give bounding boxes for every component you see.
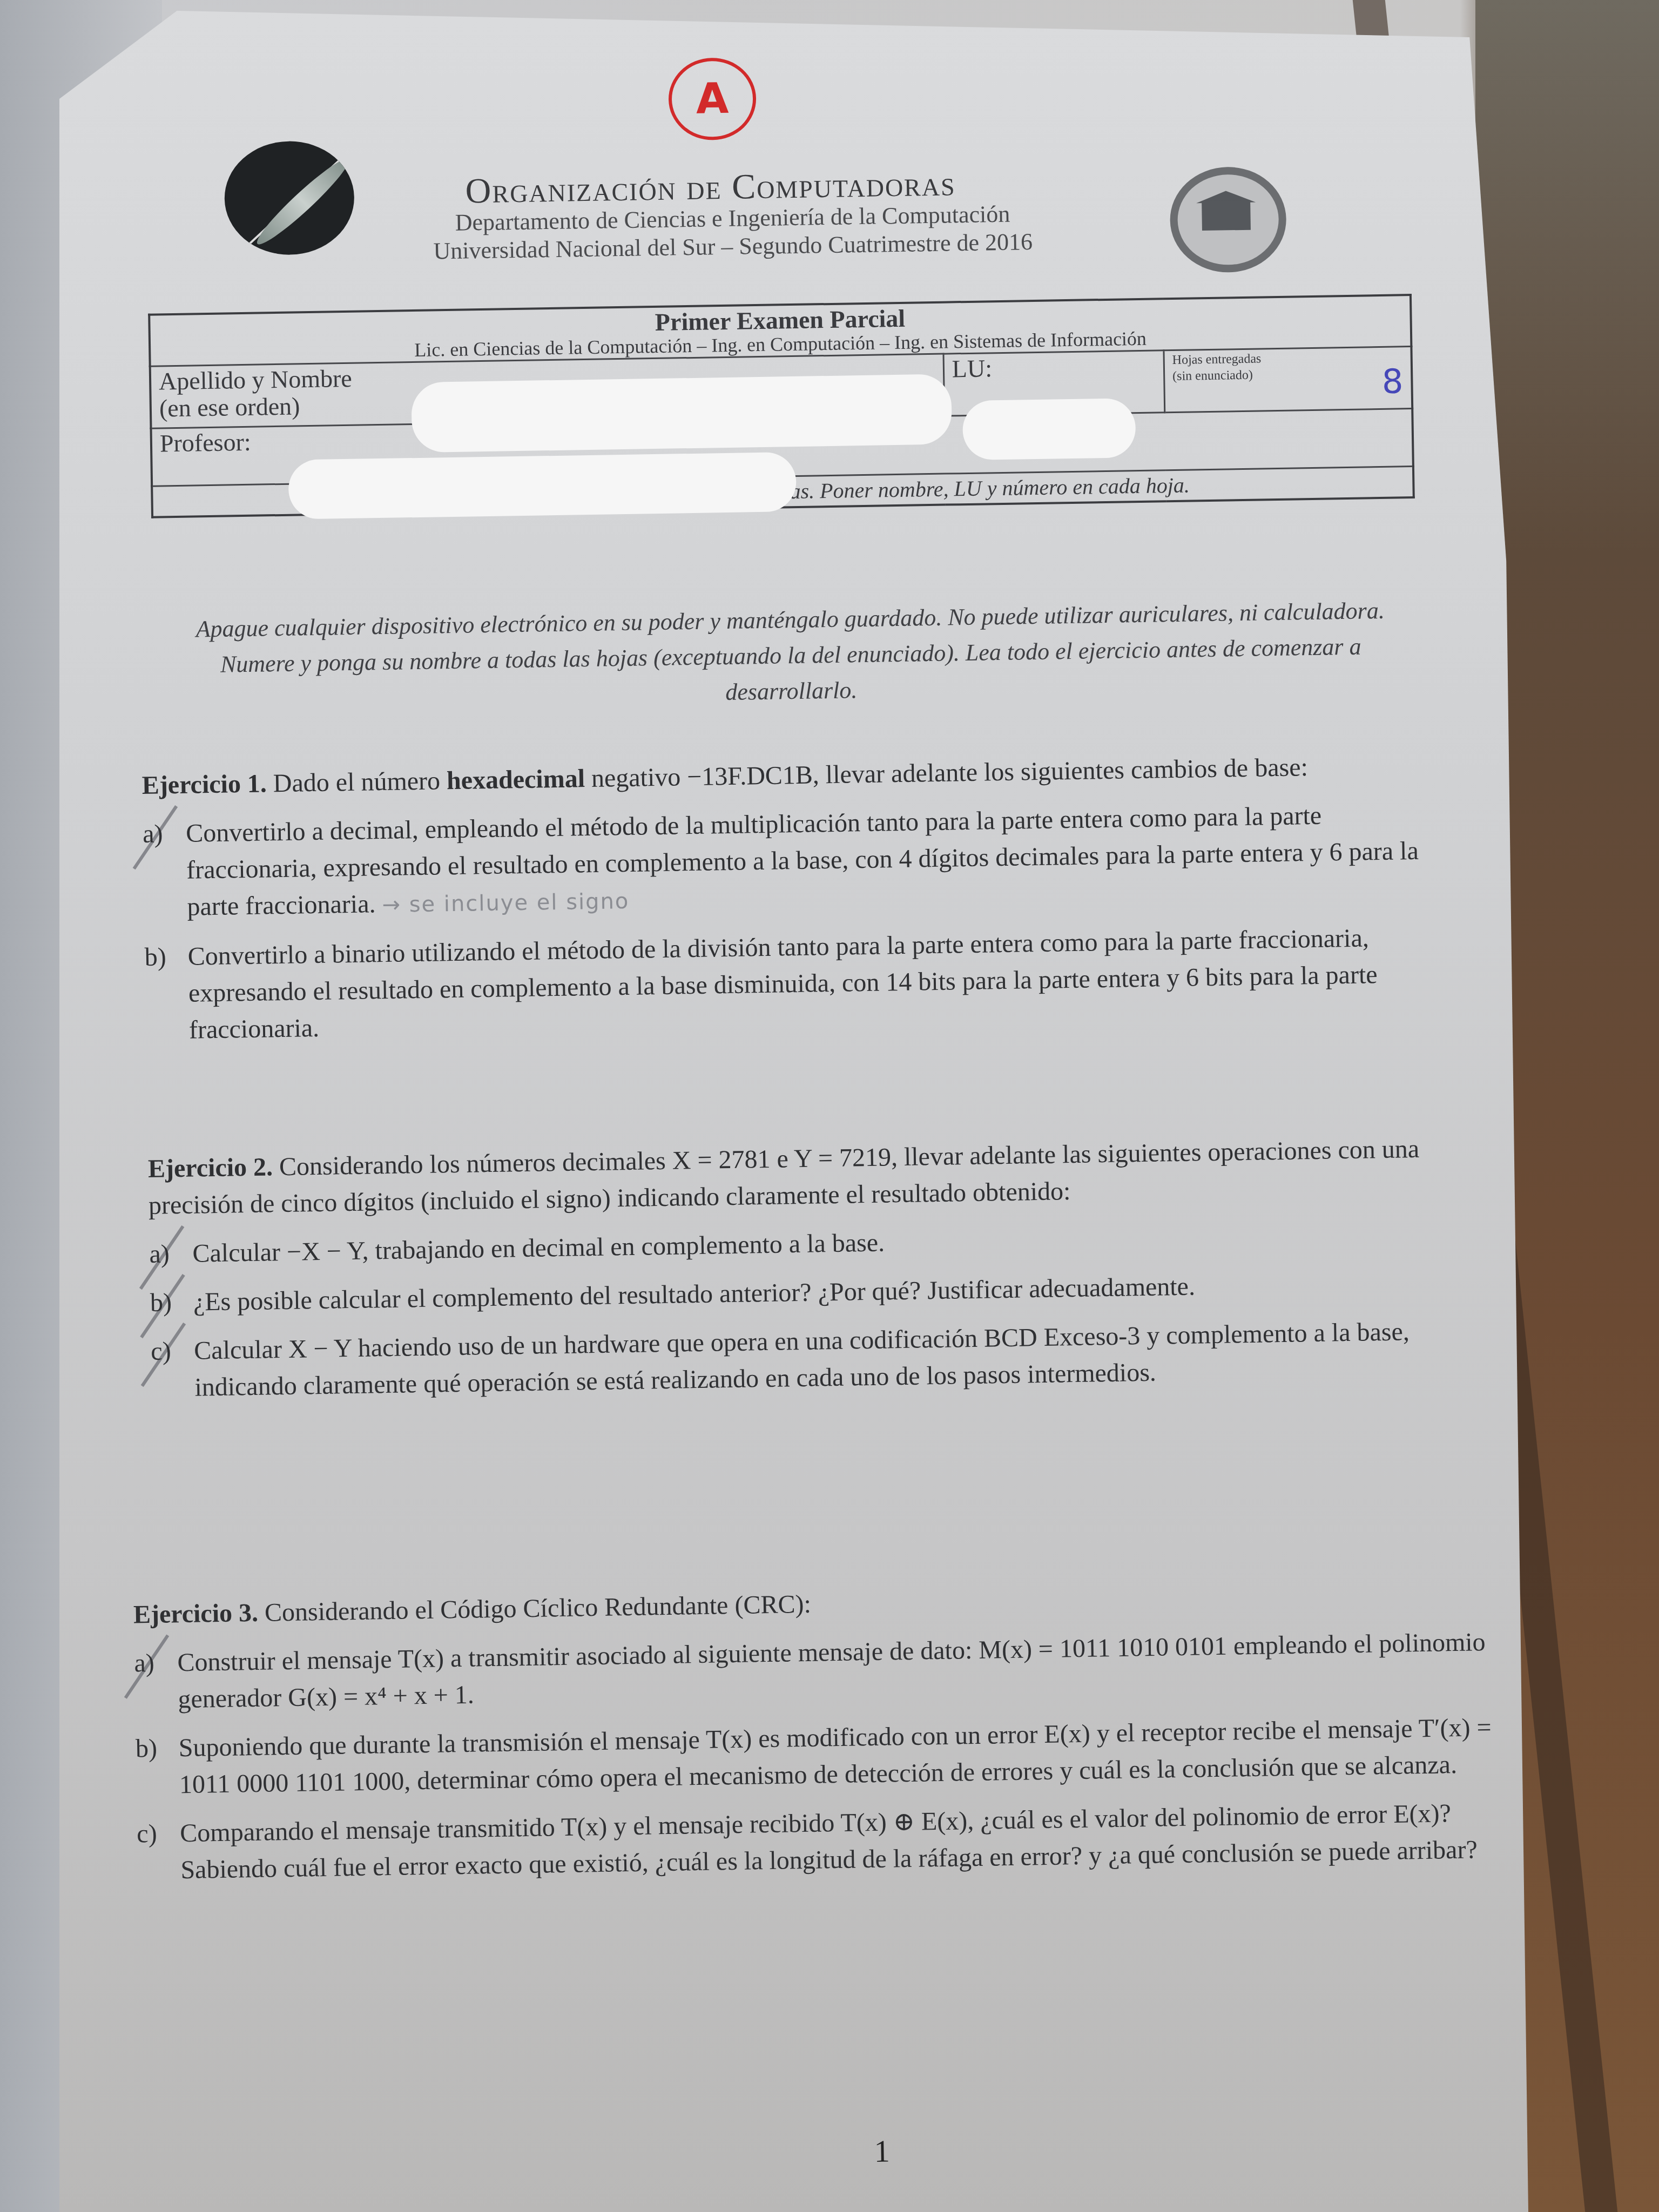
exam-page: A Organización de Computadoras Departame… xyxy=(0,0,1659,2211)
exercise-2-intro: Ejercicio 2. Considerando los números de… xyxy=(148,1130,1456,1224)
exercise-1: Ejercicio 1. Dado el número hexadecimal … xyxy=(141,747,1453,1049)
exercise-1-intro: Ejercicio 1. Dado el número hexadecimal … xyxy=(141,747,1449,804)
exercise-3-intro-text: Considerando el Código Cíclico Redundant… xyxy=(265,1590,812,1627)
item-text: Calcular −X − Y, trabajando en decimal e… xyxy=(192,1229,885,1268)
exercise-2: Ejercicio 2. Considerando los números de… xyxy=(148,1130,1459,1407)
item-text: Comparando el mensaje transmitido T(x) y… xyxy=(180,1799,1478,1884)
handwritten-note: → se incluye el signo xyxy=(382,889,630,918)
exercise-3-title: Ejercicio 3. xyxy=(133,1599,259,1629)
item-letter: b) xyxy=(135,1730,157,1768)
item-text: Construir el mensaje T(x) a transmitir a… xyxy=(177,1628,1486,1714)
exercise-1-title: Ejercicio 1. xyxy=(141,769,267,800)
item-text: ¿Es posible calcular el complemento del … xyxy=(193,1272,1196,1317)
grade-letter: A xyxy=(696,75,729,124)
exercise-2b: b) ¿Es posible calcular el complemento d… xyxy=(150,1264,1457,1321)
grade-mark: A xyxy=(668,57,757,141)
exercise-2-intro-text: Considerando los números decimales X = 2… xyxy=(149,1135,1420,1220)
item-letter: c) xyxy=(137,1816,157,1853)
item-letter: a) xyxy=(134,1645,154,1682)
page-number: 1 xyxy=(874,2133,890,2169)
redacted-lu xyxy=(962,398,1136,460)
item-text: Convertirlo a binario utilizando el méto… xyxy=(187,923,1377,1044)
exercise-1a: a) Convertirlo a decimal, empleando el m… xyxy=(143,795,1451,927)
item-letter: b) xyxy=(144,939,166,976)
item-letter: a) xyxy=(143,815,163,853)
redacted-name xyxy=(411,374,952,453)
lu-label: LU: xyxy=(952,352,1156,382)
exercise-2a: a) Calcular −X − Y, trabajando en decima… xyxy=(149,1216,1456,1273)
exercise-3: Ejercicio 3. Considerando el Código Cícl… xyxy=(133,1575,1520,1889)
exercise-3a: a) Construir el mensaje T(x) a transmiti… xyxy=(134,1623,1518,1718)
exercise-2-title: Ejercicio 2. xyxy=(148,1152,273,1183)
exercise-3b: b) Suponiendo que durante la transmisión… xyxy=(135,1709,1519,1804)
exercise-1-intro-post: negativo −13F.DC1B, llevar adelante los … xyxy=(591,753,1309,793)
sheets-count: 8 xyxy=(1381,361,1404,401)
exercise-1-intro-pre: Dado el número xyxy=(273,766,440,798)
exercise-3-intro: Ejercicio 3. Considerando el Código Cícl… xyxy=(133,1575,1516,1633)
item-letter: b) xyxy=(150,1284,172,1321)
sheets-hint: (sin enunciado) xyxy=(1172,365,1403,385)
item-text: Calcular X − Y haciendo uso de un hardwa… xyxy=(194,1317,1410,1401)
exercise-2c: c) Calcular X − Y haciendo uso de un har… xyxy=(151,1313,1459,1407)
redacted-professor xyxy=(288,452,797,520)
item-text: Convertirlo a decimal, empleando el méto… xyxy=(186,801,1419,921)
item-letter: a) xyxy=(149,1236,170,1273)
sheets-cell: Hojas entregadas (sin enunciado) 8 xyxy=(1164,347,1412,413)
exercise-1-intro-bold: hexadecimal xyxy=(447,764,585,795)
item-letter: c) xyxy=(151,1333,171,1370)
exercise-3c: c) Comparando el mensaje transmitido T(x… xyxy=(137,1794,1520,1889)
exercise-1b: b) Convertirlo a binario utilizando el m… xyxy=(144,919,1453,1049)
item-text: Suponiendo que durante la transmisión el… xyxy=(178,1713,1492,1799)
instructions: Apague cualquier dispositivo electrónico… xyxy=(188,593,1394,719)
